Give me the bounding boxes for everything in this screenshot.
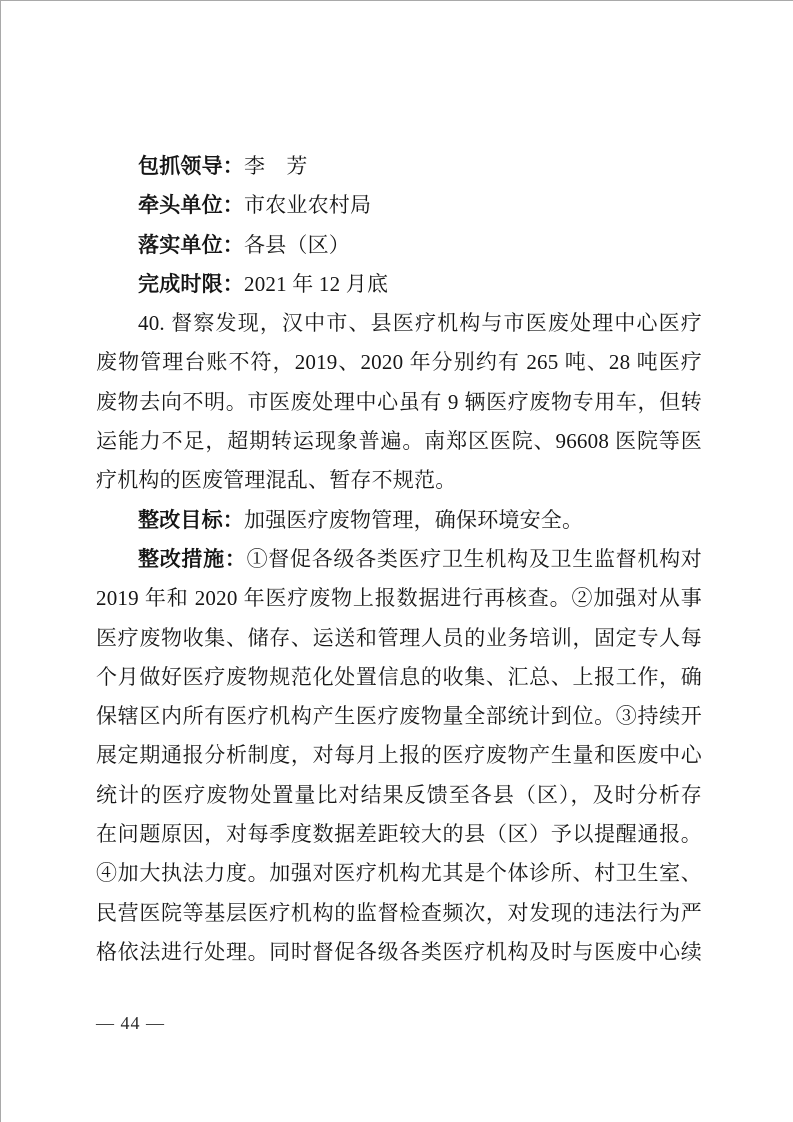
document-page: 包抓领导：李 芳牵头单位：市农业农村局落实单位：各县（区）完成时限：2021 年… (0, 0, 793, 1122)
rectification-goal-line: 整改目标：加强医疗废物管理，确保环境安全。 (96, 501, 702, 540)
finding-item-40-line: 废物去向不明。市医废处理中心虽有 9 辆医疗废物专用车，但转 (96, 383, 702, 422)
meta-leader-line: 包抓领导：李 芳 (96, 147, 702, 186)
rectification-measures-label: 整改措施： (138, 548, 247, 571)
document-content: 包抓领导：李 芳牵头单位：市农业农村局落实单位：各县（区）完成时限：2021 年… (96, 147, 702, 972)
finding-item-40-line: 40. 督察发现，汉中市、县医疗机构与市医废处理中心医疗 (96, 304, 702, 343)
rectification-measures-line: ④加大执法力度。加强对医疗机构尤其是个体诊所、村卫生室、 (96, 854, 702, 893)
meta-deadline-label: 完成时限： (138, 273, 244, 296)
rectification-goal-label: 整改目标： (138, 509, 244, 532)
meta-implement-unit-label: 落实单位： (138, 234, 244, 257)
rectification-measures-line: 民营医院等基层医疗机构的监督检查频次，对发现的违法行为严 (96, 894, 702, 933)
finding-item-40-line: 废物管理台账不符，2019、2020 年分别约有 265 吨、28 吨医疗 (96, 343, 702, 382)
rectification-measures-line: 展定期通报分析制度，对每月上报的医疗废物产生量和医废中心 (96, 736, 702, 775)
meta-leader-label: 包抓领导： (138, 155, 244, 178)
meta-deadline-line: 完成时限：2021 年 12 月底 (96, 265, 702, 304)
finding-item-40-line: 疗机构的医废管理混乱、暂存不规范。 (96, 461, 702, 500)
rectification-measures-line: 在问题原因，对每季度数据差距较大的县（区）予以提醒通报。 (96, 815, 702, 854)
page-number: — 44 — (96, 1011, 165, 1035)
meta-lead-unit-line: 牵头单位：市农业农村局 (96, 186, 702, 225)
rectification-measures-line: 格依法进行处理。同时督促各级各类医疗机构及时与医废中心续 (96, 933, 702, 972)
meta-lead-unit-label: 牵头单位： (138, 194, 244, 217)
rectification-measures-line: 统计的医疗废物处置量比对结果反馈至各县（区），及时分析存 (96, 776, 702, 815)
meta-implement-unit-line: 落实单位：各县（区） (96, 226, 702, 265)
rectification-measures-line: 整改措施：①督促各级各类医疗卫生机构及卫生监督机构对 (96, 540, 702, 579)
rectification-measures-line: 个月做好医疗废物规范化处置信息的收集、汇总、上报工作，确 (96, 658, 702, 697)
rectification-measures-line: 2019 年和 2020 年医疗废物上报数据进行再核查。②加强对从事 (96, 579, 702, 618)
rectification-measures-line: 保辖区内所有医疗机构产生医疗废物量全部统计到位。③持续开 (96, 697, 702, 736)
finding-item-40-line: 运能力不足，超期转运现象普遍。南郑区医院、96608 医院等医 (96, 422, 702, 461)
rectification-measures-line: 医疗废物收集、储存、运送和管理人员的业务培训，固定专人每 (96, 619, 702, 658)
